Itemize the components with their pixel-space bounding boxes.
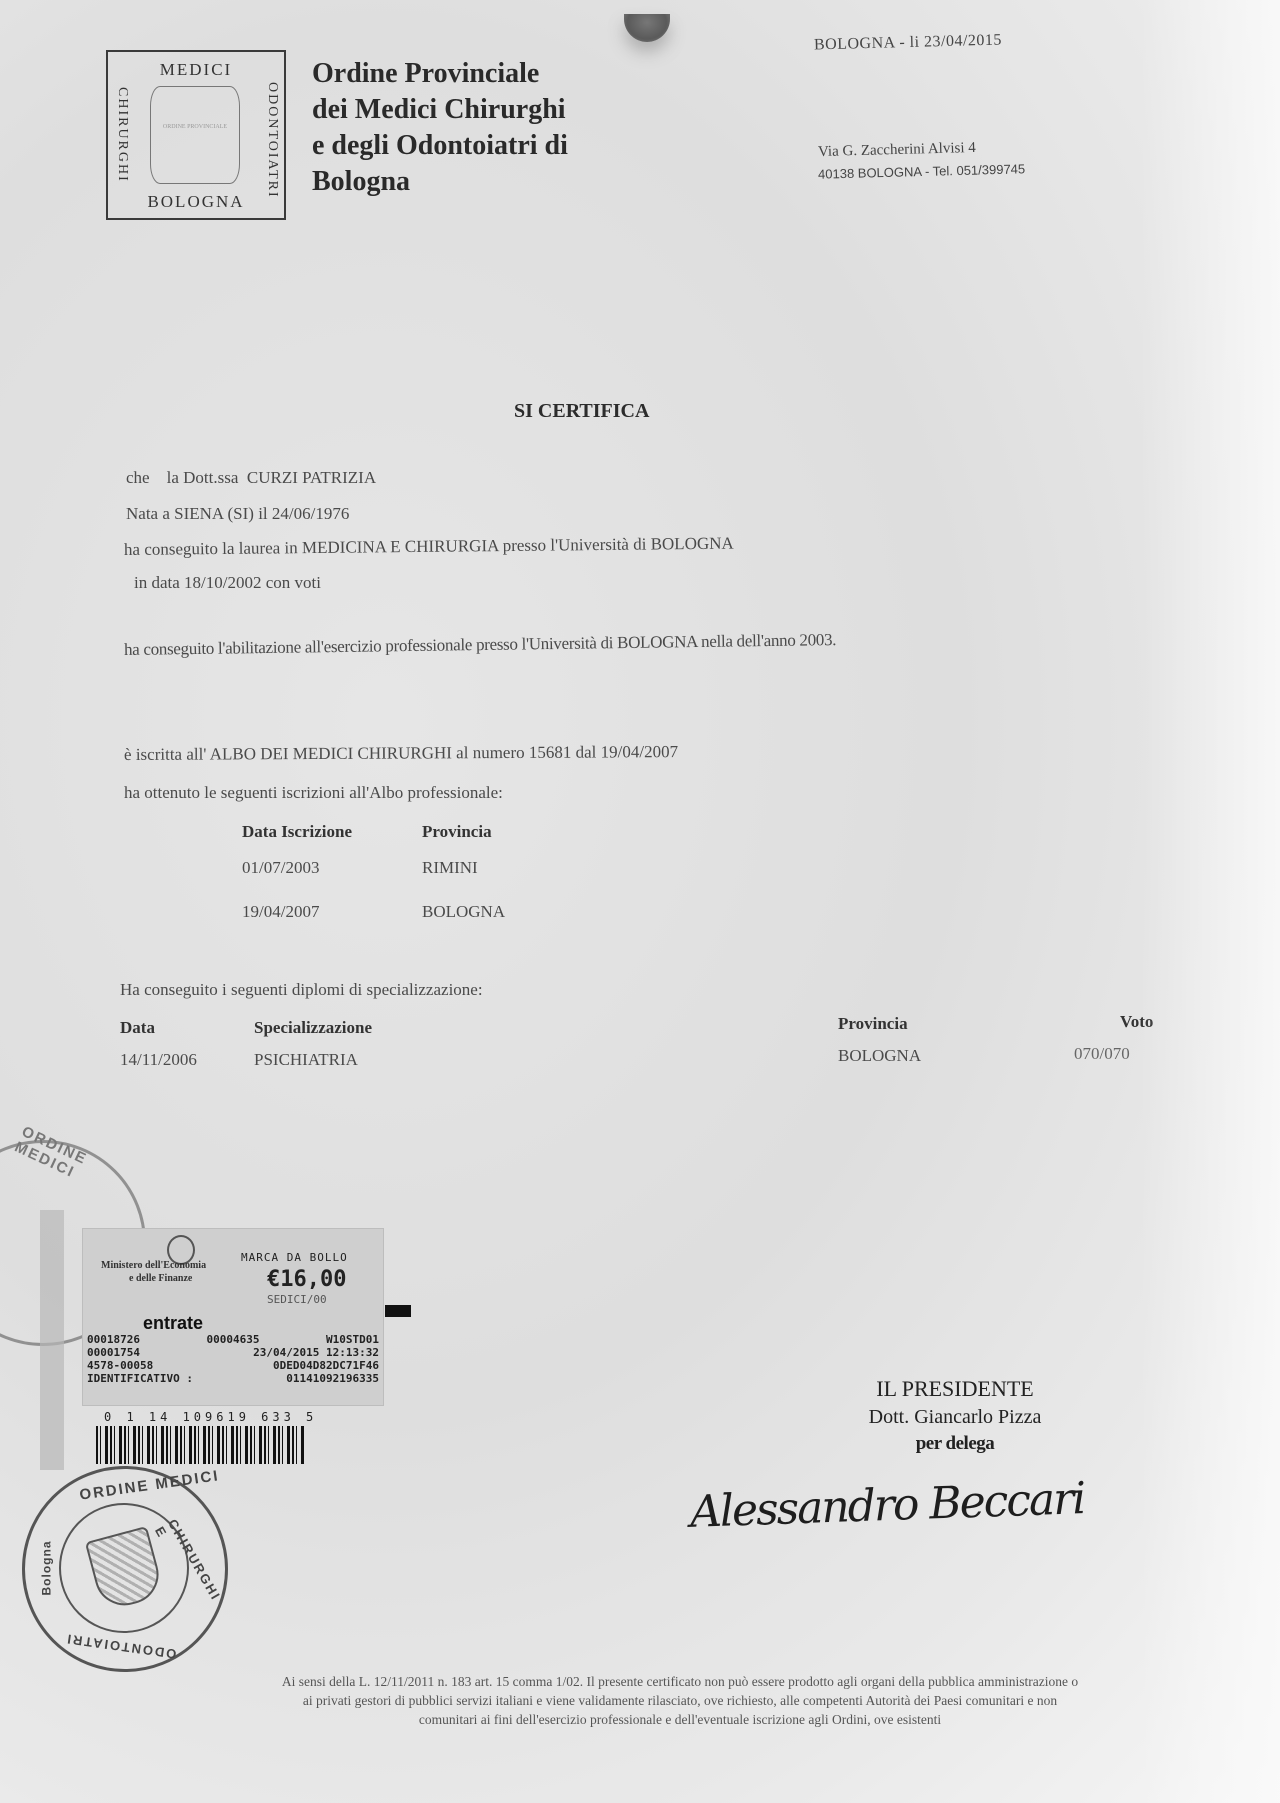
certificate-heading: SI CERTIFICA: [514, 400, 649, 423]
logo-scroll-icon: ORDINE PROVINCIALE: [150, 86, 240, 184]
organization-title: Ordine Provinciale dei Medici Chirurghi …: [312, 56, 568, 200]
address-street: Via G. Zaccherini Alvisi 4: [818, 140, 976, 161]
president-name: Dott. Giancarlo Pizza: [800, 1406, 1110, 1429]
spec-row-grade: 070/070: [1074, 1044, 1130, 1064]
stamp-amount: €16,00: [267, 1267, 346, 1292]
spec-header-province: Provincia: [838, 1014, 908, 1034]
spec-header-grade: Voto: [1120, 1012, 1153, 1032]
pushpin-shadow: [624, 14, 670, 42]
stamp-label: MARCA DA BOLLO: [241, 1251, 348, 1264]
degree-line: ha conseguito la laurea in MEDICINA E CH…: [124, 534, 734, 560]
signature-block: IL PRESIDENTE Dott. Giancarlo Pizza per …: [800, 1376, 1110, 1455]
stamp-codes: 00018726 00004635 W10STD01 00001754 23/0…: [87, 1333, 379, 1385]
degree-date-line: in data 18/10/2002 con voti: [134, 573, 321, 593]
stamp-strip: [40, 1210, 64, 1470]
logo-bottom-text: BOLOGNA: [108, 192, 284, 212]
barcode-icon: [96, 1426, 306, 1464]
agenzia-entrate-logo: entrate: [143, 1313, 203, 1334]
address-city-phone: 40138 BOLOGNA - Tel. 051/399745: [818, 161, 1026, 181]
holder-name-line: che la Dott.ssa CURZI PATRIZIA: [126, 468, 376, 488]
revenue-stamp: Ministero dell'Economia e delle Finanze …: [82, 1228, 384, 1406]
logo-right-text: ODONTOIATRI: [262, 82, 280, 188]
register-line: è iscritta all' ALBO DEI MEDICI CHIRURGH…: [124, 742, 678, 765]
issue-date: BOLOGNA - li 23/04/2015: [814, 32, 1002, 55]
spec-row-date: 14/11/2006: [120, 1050, 197, 1070]
spec-row-specialization: PSICHIATRIA: [254, 1050, 358, 1070]
president-title: IL PRESIDENTE: [800, 1376, 1110, 1402]
ministry-label: Ministero dell'Economia e delle Finanze: [101, 1259, 206, 1285]
bologna-shield-icon: [85, 1526, 165, 1612]
barcode-numbers: 0 1 14 109619 633 5: [104, 1410, 317, 1424]
order-logo: MEDICI CHIRURGHI ORDINE PROVINCIALE ODON…: [106, 50, 286, 220]
spec-header-date: Data: [120, 1018, 155, 1038]
logo-left-text: CHIRURGHI: [112, 82, 130, 188]
delegation-label: per delega: [800, 1433, 1110, 1455]
order-seal-stamp-bottom: ORDINE MEDICI CHIRURGHI E ODONTOIATRI Bo…: [22, 1466, 228, 1672]
stamp-amount-words: SEDICI/00: [267, 1293, 327, 1306]
hologram-chip: [385, 1305, 411, 1317]
certificate-page: MEDICI CHIRURGHI ORDINE PROVINCIALE ODON…: [0, 0, 1280, 1803]
spec-row-province: BOLOGNA: [838, 1046, 921, 1066]
spec-header-specialization: Specializzazione: [254, 1018, 372, 1038]
handwritten-signature: Alessandro Beccari: [689, 1473, 1085, 1538]
specializations-intro: Ha conseguito i seguenti diplomi di spec…: [120, 980, 483, 1000]
birth-line: Nata a SIENA (SI) il 24/06/1976: [126, 504, 349, 524]
qualification-line: ha conseguito l'abilitazione all'eserciz…: [124, 630, 836, 660]
registrations-intro: ha ottenuto le seguenti iscrizioni all'A…: [124, 783, 503, 803]
logo-top-text: MEDICI: [108, 60, 284, 80]
legal-footer: Ai sensi della L. 12/11/2011 n. 183 art.…: [110, 1672, 1250, 1729]
